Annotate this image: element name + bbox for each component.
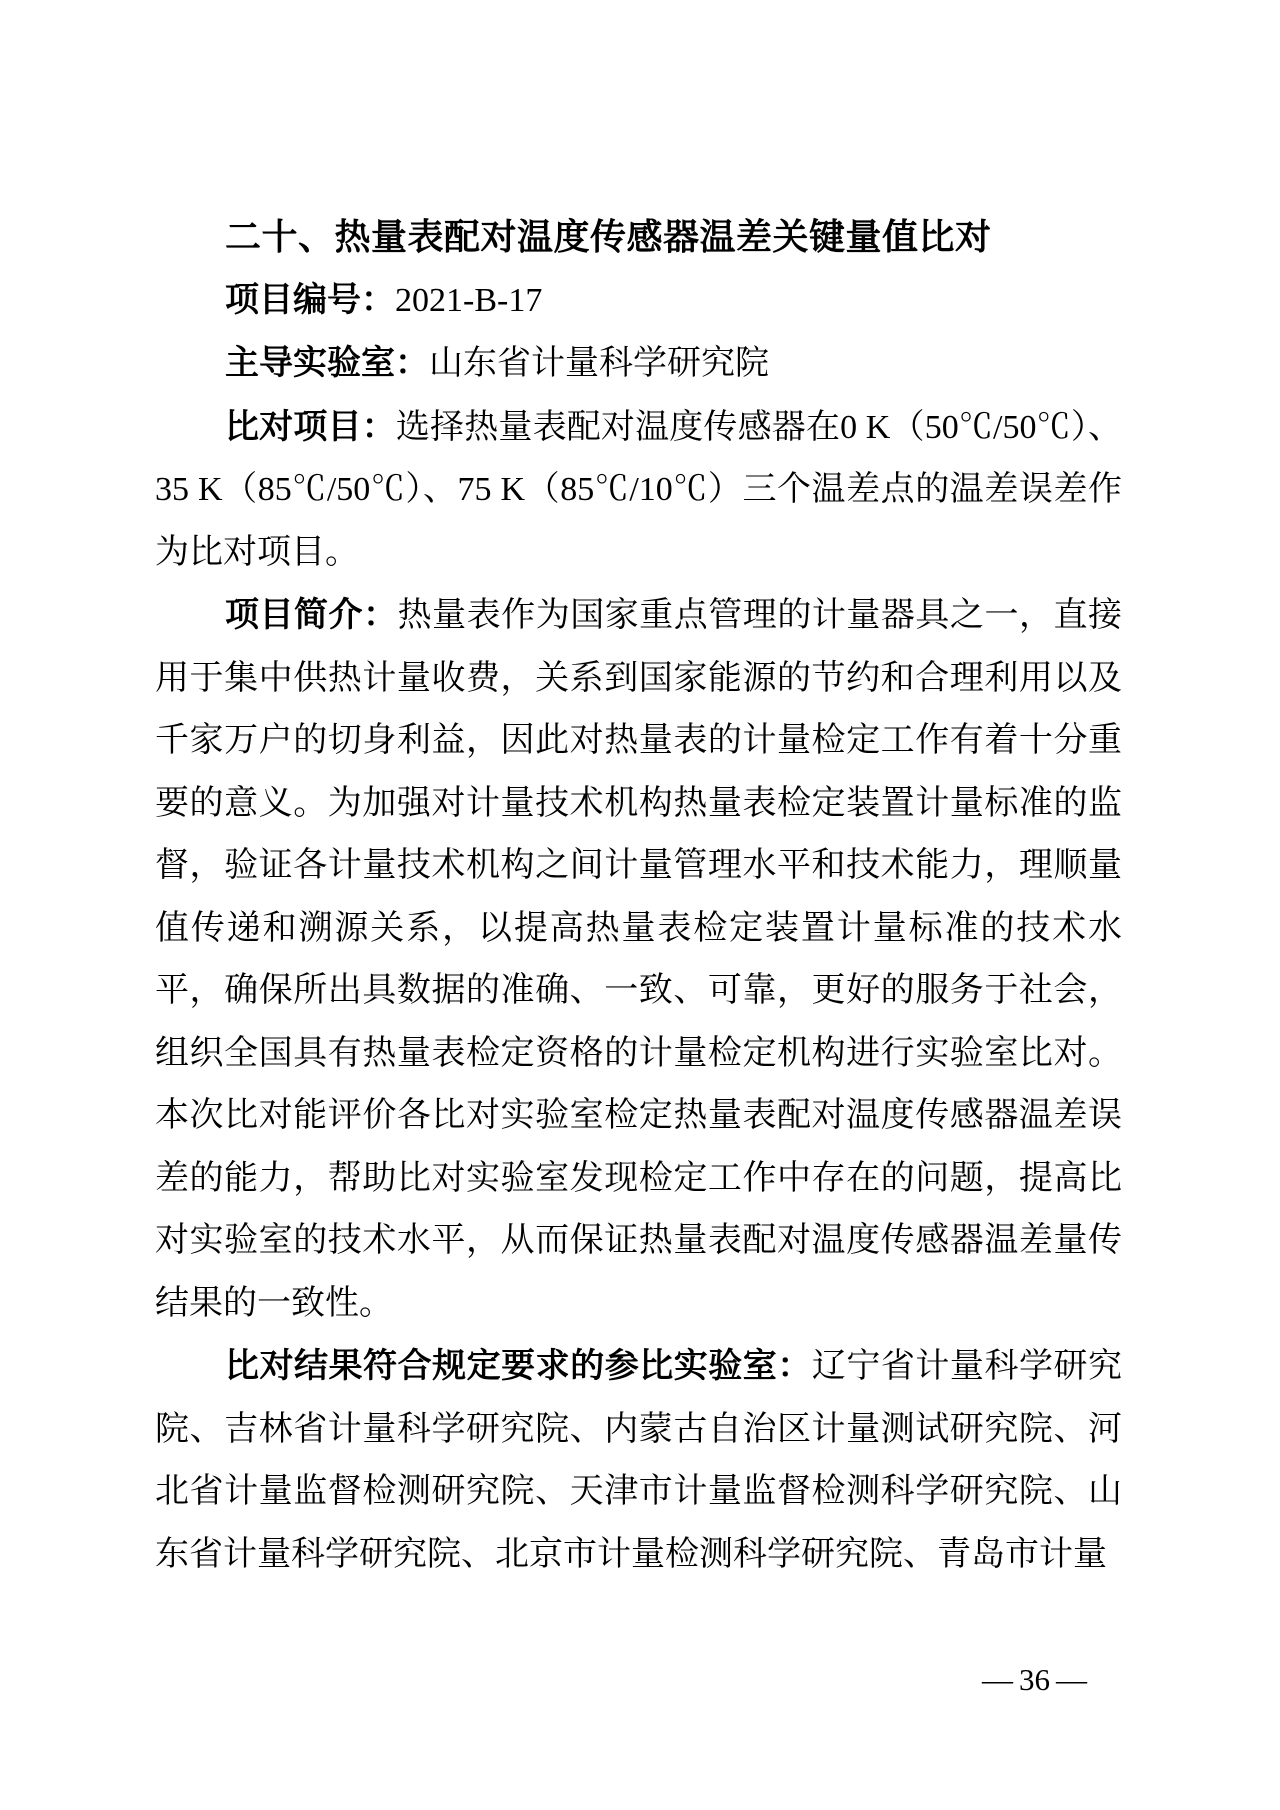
page-number-value: 36: [1013, 1662, 1056, 1697]
lead-laboratory-value: 山东省计量科学研究院: [429, 345, 769, 382]
page-number-dash-right: —: [1056, 1662, 1087, 1697]
project-intro-label: 项目简介：: [225, 596, 398, 634]
qualified-labs-paragraph: 比对结果符合规定要求的参比实验室：辽宁省计量科学研究院、吉林省计量科学研究院、内…: [155, 1335, 1122, 1586]
project-number-label: 项目编号：: [225, 281, 395, 319]
comparison-items-label: 比对项目：: [225, 408, 396, 446]
project-intro-text: 热量表作为国家重点管理的计量器具之一，直接用于集中供热计量收费，关系到国家能源的…: [155, 597, 1122, 1322]
lead-laboratory-label: 主导实验室：: [225, 344, 429, 382]
document-page: 二十、热量表配对温度传感器温差关键量值比对 项目编号：2021-B-17 主导实…: [0, 0, 1280, 1810]
page-number: —36—: [982, 1660, 1087, 1700]
document-body: 二十、热量表配对温度传感器温差关键量值比对 项目编号：2021-B-17 主导实…: [155, 206, 1122, 1586]
lead-laboratory-line: 主导实验室：山东省计量科学研究院: [155, 332, 1122, 396]
page-number-dash-left: —: [982, 1662, 1013, 1697]
project-number-value: 2021-B-17: [395, 282, 542, 319]
section-title: 二十、热量表配对温度传感器温差关键量值比对: [155, 206, 1122, 269]
project-intro-paragraph: 项目简介：热量表作为国家重点管理的计量器具之一，直接用于集中供热计量收费，关系到…: [155, 584, 1122, 1335]
comparison-items-paragraph: 比对项目：选择热量表配对温度传感器在0 K（50℃/50℃）、35 K（85℃/…: [155, 396, 1122, 585]
project-number-line: 项目编号：2021-B-17: [155, 269, 1122, 333]
qualified-labs-label: 比对结果符合规定要求的参比实验室：: [225, 1347, 812, 1385]
